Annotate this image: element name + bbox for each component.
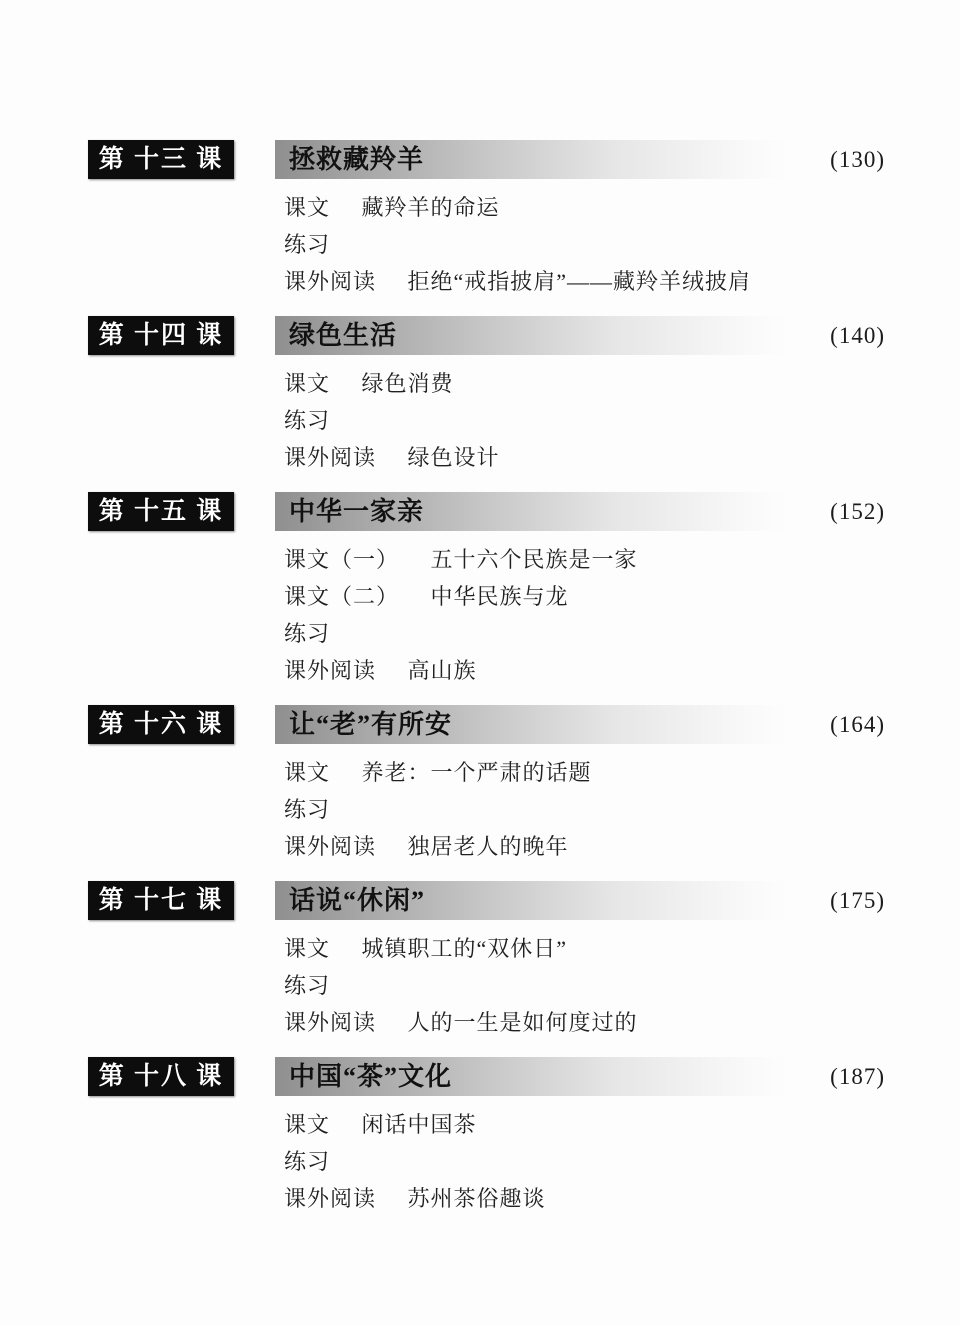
section-header: 第 十四 课 绿色生活 (140): [88, 316, 885, 355]
toc-item: 课外阅读 拒绝“戒指披肩”——藏羚羊绒披肩: [284, 263, 885, 300]
toc-item-text: 中华民族与龙: [431, 584, 569, 609]
toc-item-label: 课外阅读: [284, 834, 376, 859]
toc-item-label: 练习: [284, 973, 330, 998]
toc-section: 第 十五 课 中华一家亲 (152) 课文（一） 五十六个民族是一家 课文（二）…: [88, 492, 885, 689]
toc-item-text: 苏州茶俗趣谈: [408, 1186, 546, 1211]
toc-item: 课外阅读 人的一生是如何度过的: [284, 1004, 885, 1041]
lesson-page-number: (187): [788, 1057, 885, 1096]
toc-item-label: 练习: [284, 232, 330, 257]
toc-item: 练习: [284, 226, 885, 263]
toc-item-text: 五十六个民族是一家: [431, 547, 638, 572]
section-header: 第 十八 课 中国“茶”文化 (187): [88, 1057, 885, 1096]
toc-item: 练习: [284, 967, 885, 1004]
toc-item-label: 课文（一）: [284, 547, 399, 572]
lesson-number-box: 第 十六 课: [88, 705, 234, 744]
toc-item: 课外阅读 高山族: [284, 652, 885, 689]
toc-item-label: 课外阅读: [284, 1010, 376, 1035]
toc-item: 课文（一） 五十六个民族是一家: [284, 541, 885, 578]
toc-item-label: 练习: [284, 621, 330, 646]
toc-item: 课文 城镇职工的“双休日”: [284, 930, 885, 967]
section-item-list: 课文 藏羚羊的命运 练习 课外阅读 拒绝“戒指披肩”——藏羚羊绒披肩: [284, 189, 885, 300]
toc-item-label: 练习: [284, 408, 330, 433]
lesson-title: 中国“茶”文化: [289, 1062, 452, 1091]
toc-item: 练习: [284, 615, 885, 652]
section-header: 第 十六 课 让“老”有所安 (164): [88, 705, 885, 744]
toc-item-label: 练习: [284, 1149, 330, 1174]
lesson-title-bar: 拯救藏羚羊: [275, 140, 788, 179]
lesson-number-box: 第 十八 课: [88, 1057, 234, 1096]
header-gap: [234, 140, 275, 179]
toc-item: 练习: [284, 1143, 885, 1180]
toc-item-text: 人的一生是如何度过的: [408, 1010, 638, 1035]
toc-item-label: 课外阅读: [284, 658, 376, 683]
lesson-title-bar: 话说“休闲”: [275, 881, 788, 920]
toc-item-label: 课文: [284, 760, 330, 785]
lesson-page-number: (140): [788, 316, 885, 355]
lesson-number-box: 第 十四 课: [88, 316, 234, 355]
toc-sections: 第 十三 课 拯救藏羚羊 (130) 课文 藏羚羊的命运 练习 课外阅读 拒绝“…: [88, 140, 885, 1233]
lesson-page-number: (164): [788, 705, 885, 744]
toc-section: 第 十三 课 拯救藏羚羊 (130) 课文 藏羚羊的命运 练习 课外阅读 拒绝“…: [88, 140, 885, 300]
lesson-page-number: (130): [788, 140, 885, 179]
toc-item: 练习: [284, 402, 885, 439]
toc-item: 课外阅读 绿色设计: [284, 439, 885, 476]
lesson-number-box: 第 十三 课: [88, 140, 234, 179]
section-header: 第 十三 课 拯救藏羚羊 (130): [88, 140, 885, 179]
toc-item-label: 课文: [284, 371, 330, 396]
header-gap: [234, 316, 275, 355]
toc-item: 课文 养老：一个严肃的话题: [284, 754, 885, 791]
toc-item-text: 独居老人的晚年: [408, 834, 569, 859]
toc-item: 课文 绿色消费: [284, 365, 885, 402]
section-item-list: 课文 闲话中国茶 练习 课外阅读 苏州茶俗趣谈: [284, 1106, 885, 1217]
lesson-title-bar: 让“老”有所安: [275, 705, 788, 744]
section-item-list: 课文 养老：一个严肃的话题 练习 课外阅读 独居老人的晚年: [284, 754, 885, 865]
lesson-title: 绿色生活: [289, 321, 397, 350]
lesson-number-box: 第 十七 课: [88, 881, 234, 920]
toc-item-text: 养老：一个严肃的话题: [362, 760, 592, 785]
toc-item-text: 闲话中国茶: [362, 1112, 477, 1137]
section-header: 第 十五 课 中华一家亲 (152): [88, 492, 885, 531]
toc-item-label: 课文: [284, 195, 330, 220]
toc-section: 第 十七 课 话说“休闲” (175) 课文 城镇职工的“双休日” 练习 课外阅…: [88, 881, 885, 1041]
toc-item-text: 拒绝“戒指披肩”——藏羚羊绒披肩: [408, 269, 752, 294]
section-header: 第 十七 课 话说“休闲” (175): [88, 881, 885, 920]
toc-page: 第 十三 课 拯救藏羚羊 (130) 课文 藏羚羊的命运 练习 课外阅读 拒绝“…: [0, 0, 960, 1325]
toc-item: 课外阅读 独居老人的晚年: [284, 828, 885, 865]
lesson-title: 拯救藏羚羊: [289, 145, 424, 174]
header-gap: [234, 1057, 275, 1096]
toc-item-text: 绿色设计: [408, 445, 500, 470]
toc-section: 第 十六 课 让“老”有所安 (164) 课文 养老：一个严肃的话题 练习 课外…: [88, 705, 885, 865]
toc-item-text: 藏羚羊的命运: [362, 195, 500, 220]
header-gap: [234, 705, 275, 744]
section-item-list: 课文 绿色消费 练习 课外阅读 绿色设计: [284, 365, 885, 476]
toc-item: 课文 藏羚羊的命运: [284, 189, 885, 226]
toc-item-text: 城镇职工的“双休日”: [362, 936, 568, 961]
toc-item-label: 练习: [284, 797, 330, 822]
toc-item-label: 课外阅读: [284, 445, 376, 470]
lesson-number-box: 第 十五 课: [88, 492, 234, 531]
toc-item-label: 课外阅读: [284, 269, 376, 294]
lesson-title: 中华一家亲: [289, 497, 424, 526]
toc-item-text: 高山族: [408, 658, 477, 683]
toc-section: 第 十八 课 中国“茶”文化 (187) 课文 闲话中国茶 练习 课外阅读 苏州…: [88, 1057, 885, 1217]
toc-item: 课文 闲话中国茶: [284, 1106, 885, 1143]
toc-item-text: 绿色消费: [362, 371, 454, 396]
lesson-title-bar: 中华一家亲: [275, 492, 788, 531]
lesson-page-number: (152): [788, 492, 885, 531]
section-item-list: 课文 城镇职工的“双休日” 练习 课外阅读 人的一生是如何度过的: [284, 930, 885, 1041]
header-gap: [234, 881, 275, 920]
section-item-list: 课文（一） 五十六个民族是一家 课文（二） 中华民族与龙 练习 课外阅读 高山族: [284, 541, 885, 689]
toc-item-label: 课文: [284, 936, 330, 961]
header-gap: [234, 492, 275, 531]
toc-item: 课文（二） 中华民族与龙: [284, 578, 885, 615]
toc-item: 课外阅读 苏州茶俗趣谈: [284, 1180, 885, 1217]
toc-section: 第 十四 课 绿色生活 (140) 课文 绿色消费 练习 课外阅读 绿色设计: [88, 316, 885, 476]
toc-item-label: 课外阅读: [284, 1186, 376, 1211]
lesson-title: 话说“休闲”: [289, 886, 425, 915]
lesson-title-bar: 绿色生活: [275, 316, 788, 355]
toc-item-label: 课文: [284, 1112, 330, 1137]
toc-item-label: 课文（二）: [284, 584, 399, 609]
lesson-title: 让“老”有所安: [289, 710, 452, 739]
toc-item: 练习: [284, 791, 885, 828]
lesson-title-bar: 中国“茶”文化: [275, 1057, 788, 1096]
lesson-page-number: (175): [788, 881, 885, 920]
